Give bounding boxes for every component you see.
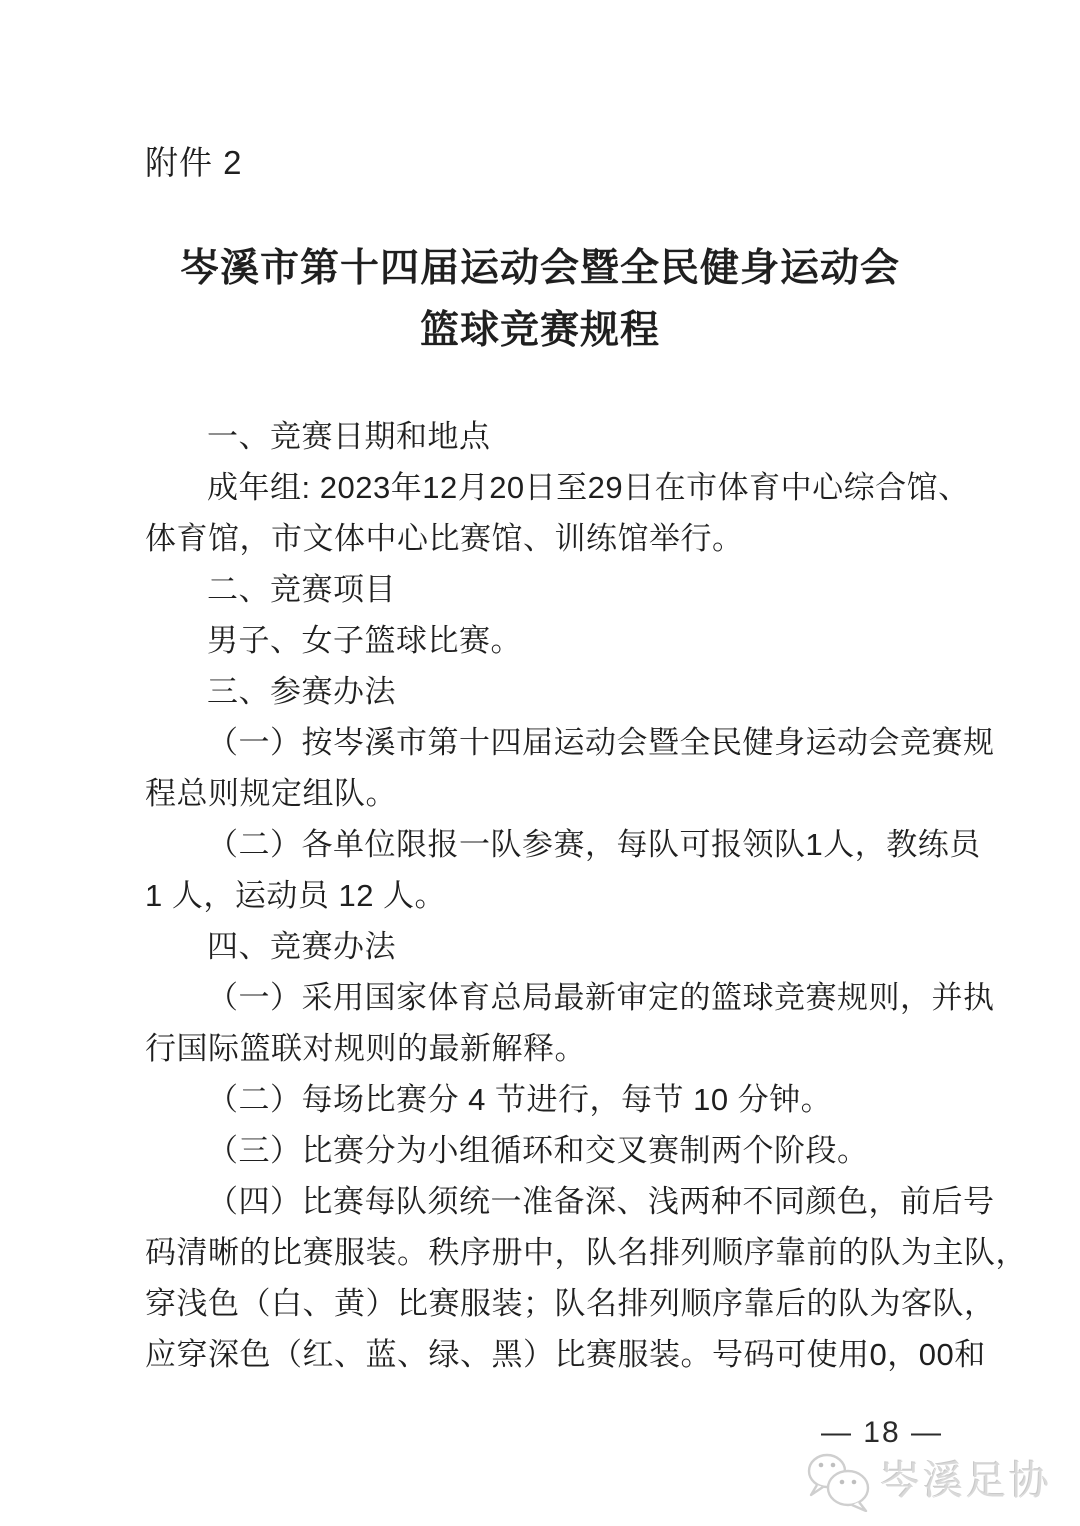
- document-title: 岑溪市第十四届运动会暨全民健身运动会 篮球竞赛规程: [140, 238, 940, 362]
- text-line: 二、竞赛项目: [145, 564, 940, 615]
- title-line-2: 篮球竞赛规程: [140, 300, 940, 362]
- text-line: （一）采用国家体育总局最新审定的篮球竞赛规则，并执: [145, 972, 940, 1023]
- text-line: （二）每场比赛分 4 节进行，每节 10 分钟。: [145, 1074, 940, 1125]
- wechat-icon: [802, 1450, 874, 1512]
- text-line: 三、参赛办法: [145, 666, 940, 717]
- text-line: 四、竞赛办法: [145, 921, 940, 972]
- text-line: 男子、女子篮球比赛。: [145, 615, 940, 666]
- attachment-label: 附件 2: [145, 142, 243, 184]
- watermark-text: 岑溪足协: [880, 1458, 1052, 1504]
- text-line: 应穿深色（红、蓝、绿、黑）比赛服装。号码可使用0，00和: [145, 1329, 940, 1380]
- text-line: （四）比赛每队须统一准备深、浅两种不同颜色，前后号: [145, 1176, 940, 1227]
- text-line: 一、竞赛日期和地点: [145, 411, 940, 462]
- text-line: （二）各单位限报一队参赛，每队可报领队1人，教练员: [145, 819, 940, 870]
- document-page: 附件 2 岑溪市第十四届运动会暨全民健身运动会 篮球竞赛规程 一、竞赛日期和地点…: [0, 0, 1080, 1526]
- text-line: 行国际篮联对规则的最新解释。: [145, 1023, 940, 1074]
- text-line: 体育馆，市文体中心比赛馆、训练馆举行。: [145, 513, 940, 564]
- text-line: 1 人，运动员 12 人。: [145, 870, 940, 921]
- text-line: （一）按岑溪市第十四届运动会暨全民健身运动会竞赛规: [145, 717, 940, 768]
- text-line: 成年组: 2023年12月20日至29日在市体育中心综合馆、: [145, 462, 940, 513]
- text-line: 码清晰的比赛服装。秩序册中，队名排列顺序靠前的队为主队，: [145, 1227, 940, 1278]
- title-line-1: 岑溪市第十四届运动会暨全民健身运动会: [140, 238, 940, 300]
- page-number: — 18 —: [821, 1416, 943, 1450]
- text-line: 穿浅色（白、黄）比赛服装；队名排列顺序靠后的队为客队，: [145, 1278, 940, 1329]
- watermark: 岑溪足协: [802, 1450, 1052, 1512]
- text-line: （三）比赛分为小组循环和交叉赛制两个阶段。: [145, 1125, 940, 1176]
- text-line: 程总则规定组队。: [145, 768, 940, 819]
- document-body: 一、竞赛日期和地点成年组: 2023年12月20日至29日在市体育中心综合馆、体…: [145, 411, 940, 1380]
